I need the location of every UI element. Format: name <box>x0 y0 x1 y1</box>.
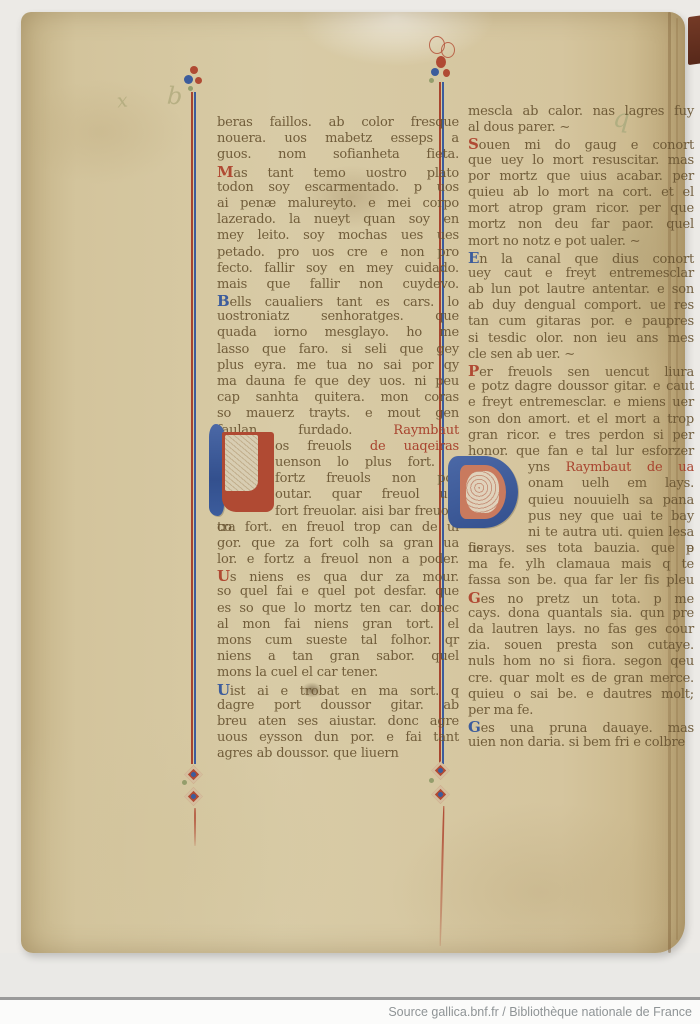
text-segment: tan cum gitaras por. e paupres <box>468 314 694 329</box>
text-line: Uist ai e trobat en ma sort. q <box>217 682 459 698</box>
text-segment: n la canal que dius conort <box>479 252 694 267</box>
text-line: ni te autra uti. quien lesa fis e <box>468 525 694 541</box>
text-segment: U <box>217 681 230 699</box>
text-segment: so mauerz trayts. e mout gen <box>217 406 459 421</box>
text-segment: ab lun pot lautre antentar. e son <box>468 282 694 297</box>
text-segment: lor. e fortz a freuol non a poder. <box>217 552 459 567</box>
text-segment: breu aten ses aiustar. donc agre <box>217 714 459 729</box>
text-line: e potz dagre doussor gitar. e caut <box>468 379 694 395</box>
text-line: uostroniatz senhoratges. que <box>217 309 459 325</box>
text-segment: M <box>217 163 233 181</box>
text-line: es so que lo mortz ten car. donec <box>217 601 459 617</box>
text-segment: cap sanhta quitera. mon coras <box>217 390 459 405</box>
text-line: Ges una pruna dauaye. mas <box>468 719 694 735</box>
penwork-ornament-bottom-right <box>432 764 454 944</box>
text-segment: plus eyra. me tua no sai por qy <box>217 358 459 373</box>
text-segment: ab duy dengual comport. ue res <box>468 298 694 313</box>
text-line: gran ricor. e tres perdon si per <box>468 428 694 444</box>
text-line: cre. quar molt es de gran merce. <box>468 671 694 687</box>
text-line: son don amort. et el mort a trop <box>468 412 694 428</box>
text-segment: que uey lo mort resuscitar. mas <box>468 153 694 168</box>
text-segment: beras faillos. ab color fresque <box>217 115 459 130</box>
text-line: lor. e fortz a freuol non a poder. <box>217 552 459 568</box>
text-segment: todon soy escarmentado. p uos <box>217 180 459 195</box>
text-line: al mon fai niens gran tort. el <box>217 617 459 633</box>
text-segment: es no pretz un tota. p me <box>481 592 694 607</box>
text-segment: ma dauna fe que dey uos. ni peu <box>217 374 459 389</box>
text-line: nuls hom no si fiora. segon qeu <box>468 654 694 670</box>
penwork-bar-left <box>183 66 205 856</box>
text-line: mey leito. soy mochas ues ues <box>217 228 459 244</box>
text-segment: er freuols sen uencut liura <box>479 365 694 380</box>
text-line: mescla ab calor. nas lagres fuy <box>468 104 694 120</box>
text-line: dagre port doussor gitar. ab <box>217 698 459 714</box>
text-segment: B <box>217 292 229 310</box>
text-line: da lautren lays. no fas ges cour <box>468 622 694 638</box>
text-line: per ma fe. <box>468 703 694 719</box>
footer-credit-bar: Source gallica.bnf.fr / Bibliothèque nat… <box>0 997 700 1024</box>
text-segment: yns <box>528 460 566 475</box>
text-line: uey caut e freyt entremesclar <box>468 266 694 282</box>
text-segment: cre. quar molt es de gran merce. <box>468 671 694 686</box>
text-line: Mas tant temo uostro plato <box>217 164 459 180</box>
text-segment: uien non daria. si bem fri e colbre <box>468 735 685 750</box>
text-segment: mons la cuel el car tener. <box>217 665 378 680</box>
text-segment: uerays. ses tota bauzia. que p <box>468 541 694 556</box>
text-segment: e potz dagre doussor gitar. e caut <box>468 379 694 394</box>
illuminated-initial-D <box>468 460 522 526</box>
text-segment: os freuols <box>275 439 370 454</box>
text-segment: gran ricor. e tres perdon si per <box>468 428 694 443</box>
text-segment: uenson lo plus fort. q <box>275 455 459 470</box>
text-line: uous eysson dun por. e fai tant <box>217 730 459 746</box>
margin-mark-b: b <box>166 82 183 111</box>
text-segment: es una pruna dauaye. mas <box>481 721 694 736</box>
text-segment: mons cum sueste tal folhor. qr <box>217 633 459 648</box>
text-line: ma dauna fe que dey uos. ni peu <box>217 374 459 390</box>
text-line: plus eyra. me tua no sai por qy <box>217 358 459 374</box>
text-line: Us niens es qua dur za mour. <box>217 568 459 584</box>
text-line: uerays. ses tota bauzia. que p <box>468 541 694 557</box>
text-segment: quieu ab lo mort na cort. et el <box>468 185 694 200</box>
text-line: al dous parer. ∼ <box>468 120 694 136</box>
text-segment: gor. que za fort colh sa gran ua <box>217 536 459 551</box>
text-line: fecto. fallir soy en mey cuidado. <box>217 261 459 277</box>
text-line: breu aten ses aiustar. donc agre <box>217 714 459 730</box>
text-segment: da lautren lays. no fas ges cour <box>468 622 694 637</box>
rubric-text: Raymbaut <box>393 423 459 438</box>
text-line: mort no notz e pot ualer. ∼ <box>468 234 694 250</box>
text-line: tan cum gitaras por. e paupres <box>468 314 694 330</box>
text-line: guos. nom sofianheta fieta. <box>217 147 459 163</box>
parchment-page: x b q <box>21 12 685 953</box>
text-segment: mort no notz e pot ualer. ∼ <box>468 234 640 249</box>
binding-edge <box>688 15 700 65</box>
text-segment: G <box>468 718 481 736</box>
text-segment: mortz non deu far paor. quel <box>468 217 694 232</box>
text-segment: lazerado. la nueyt quan soy en <box>217 212 459 227</box>
text-segment: mais que fallir non cuydevo. <box>217 277 459 292</box>
text-line: si tesdic olor. non ieu ans mes <box>468 331 694 347</box>
text-line: niens a tan gran sabor. quel <box>217 649 459 665</box>
text-segment: al dous parer. ∼ <box>468 120 570 135</box>
text-segment: quieu o sai be. e dautres molt; <box>468 687 694 702</box>
text-line: zia. souen presta son cutaye. <box>468 638 694 654</box>
text-segment: niens a tan gran sabor. quel <box>217 649 459 664</box>
text-segment: ma fe. ylh clamaua mais q te <box>468 557 694 572</box>
ruled-border-line-left <box>191 92 196 764</box>
text-line: En la canal que dius conort <box>468 250 694 266</box>
text-segment: ist ai e trobat en ma sort. q <box>230 684 459 699</box>
text-line: que uey lo mort resuscitar. mas <box>468 153 694 169</box>
text-segment: mort atrop gram ricor. per que <box>468 201 694 216</box>
text-segment: so quel fai e quel pot desfar. que <box>217 584 459 599</box>
text-line: cle sen ab uer. ∼ <box>468 347 694 363</box>
text-line: mortz non deu far paor. quel <box>468 217 694 233</box>
text-line: mons cum sueste tal folhor. qr <box>217 633 459 649</box>
text-line: mais que fallir non cuydevo. <box>217 277 459 293</box>
text-segment: por mortz que uius acabar. per <box>468 169 694 184</box>
text-line: petado. pro uos cre e non pro <box>217 245 459 261</box>
text-line: Ges no pretz un tota. p me <box>468 590 694 606</box>
text-line: ma fe. ylh clamaua mais q te <box>468 557 694 573</box>
text-line: por mortz que uius acabar. per <box>468 169 694 185</box>
text-line: lasso que faro. si seli que gey <box>217 342 459 358</box>
text-segment: si tesdic olor. non ieu ans mes <box>468 331 694 346</box>
text-line: quada iorno mesglayo. ho me <box>217 325 459 341</box>
text-segment: as tant temo uostro plato <box>233 166 459 181</box>
text-line: nouera. uos mabetz esseps a <box>217 131 459 147</box>
text-segment: son don amort. et el mort a trop <box>468 412 694 427</box>
penwork-ornament-bottom-left <box>185 768 205 828</box>
text-segment: onam uelh em lays. <box>528 476 694 491</box>
text-line: lazerado. la nueyt quan soy en <box>217 212 459 228</box>
margin-mark-x: x <box>116 90 129 113</box>
text-segment: uey caut e freyt entremesclar <box>468 266 694 281</box>
text-line: mons la cuel el car tener. <box>217 665 459 681</box>
gallica-manuscript-scan: x b q <box>0 0 700 1024</box>
text-line: honor. que fan e tal lur esforzer <box>468 444 694 460</box>
text-line: e freyt entremesclar. e miens uer <box>468 395 694 411</box>
text-segment: pus ney que uai te bay <box>528 509 694 524</box>
text-segment: al mon fai niens gran tort. el <box>217 617 459 632</box>
text-segment: cays. dona quantals sia. qun pre <box>468 606 694 621</box>
text-line: cays. dona quantals sia. qun pre <box>468 606 694 622</box>
text-line: quieu o sai be. e dautres molt; <box>468 687 694 703</box>
text-segment: agres ab doussor. que liuern <box>217 746 399 761</box>
text-segment: per ma fe. <box>468 703 533 718</box>
text-segment: E <box>468 249 479 267</box>
text-segment: e freyt entremesclar. e miens uer <box>468 395 694 410</box>
text-segment: honor. que fan e tal lur esforzer <box>468 444 694 459</box>
text-line: cap sanhta quitera. mon coras <box>217 390 459 406</box>
text-line: todon soy escarmentado. p uos <box>217 180 459 196</box>
text-line: mort atrop gram ricor. per que <box>468 201 694 217</box>
text-segment: zia. souen presta son cutaye. <box>468 638 694 653</box>
text-segment: G <box>468 589 481 607</box>
text-line: uien non daria. si bem fri e colbre <box>468 735 694 751</box>
text-line: quieu ab lo mort na cort. et el <box>468 185 694 201</box>
text-segment: S <box>468 135 479 153</box>
rubric-text: de uaqeiras <box>370 439 459 454</box>
text-line: ab duy dengual comport. ue res <box>468 298 694 314</box>
text-column-right: mescla ab calor. nas lagres fuyal dous p… <box>468 104 694 752</box>
text-line: ab lun pot lautre antentar. e son <box>468 282 694 298</box>
text-segment: quada iorno mesglayo. ho me <box>217 325 459 340</box>
source-credit-text: Source gallica.bnf.fr / Bibliothèque nat… <box>388 1005 692 1019</box>
text-line: beras faillos. ab color fresque <box>217 115 459 131</box>
text-segment: ouen mi do gaug e conort <box>479 138 694 153</box>
text-segment: guos. nom sofianheta fieta. <box>217 147 459 162</box>
text-segment: uous eysson dun por. e fai tant <box>217 730 459 745</box>
text-segment: s niens es qua dur za mour. <box>230 570 459 585</box>
text-line: so mauerz trayts. e mout gen <box>217 406 459 422</box>
text-segment: outar. quar freuol uei <box>275 487 459 502</box>
text-segment: U <box>217 567 230 585</box>
text-segment: nuls hom no si fiora. segon qeu <box>468 654 694 669</box>
text-segment: P <box>468 362 479 380</box>
text-segment: fassa son be. qua far ler fis pleu <box>468 573 694 588</box>
text-line: fassa son be. qua far ler fis pleu <box>468 573 694 589</box>
scan-backing-bottom <box>0 953 700 997</box>
text-segment: fortz freuols non por <box>275 471 459 486</box>
text-segment: mey leito. soy mochas ues ues <box>217 228 459 243</box>
text-line: Per freuols sen uencut liura <box>468 363 694 379</box>
text-column-left: beras faillos. ab color fresquenouera. u… <box>217 115 459 763</box>
text-segment: ells caualiers tant es cars. lo <box>229 295 459 310</box>
text-segment: dagre port doussor gitar. ab <box>217 698 459 713</box>
text-line: ai penæ malureyto. e mei corpo <box>217 196 459 212</box>
text-segment: tra fort. en freuol trop can de ui <box>217 520 459 535</box>
text-segment: lasso que faro. si seli que gey <box>217 342 459 357</box>
text-segment: quieu nouuielh sa pana <box>528 493 694 508</box>
text-line: tra fort. en freuol trop can de ui <box>217 520 459 536</box>
text-segment: petado. pro uos cre e non pro <box>217 245 459 260</box>
text-segment: es so que lo mortz ten car. donec <box>217 601 459 616</box>
text-segment: fecto. fallir soy en mey cuidado. <box>217 261 459 276</box>
text-line: so quel fai e quel pot desfar. que <box>217 584 459 600</box>
text-line: agres ab doussor. que liuern <box>217 746 459 762</box>
text-line: Bells caualiers tant es cars. lo <box>217 293 459 309</box>
text-line: Souen mi do gaug e conort <box>468 136 694 152</box>
text-segment: mescla ab calor. nas lagres fuy <box>468 104 694 119</box>
text-line: gor. que za fort colh sa gran ua <box>217 536 459 552</box>
text-segment: nouera. uos mabetz esseps a <box>217 131 459 146</box>
text-segment: uostroniatz senhoratges. que <box>217 309 459 324</box>
text-segment: ai penæ malureyto. e mei corpo <box>217 196 459 211</box>
illuminated-initial-L <box>213 439 269 507</box>
rubric-text: Raymbaut de ua <box>566 460 694 475</box>
text-segment: cle sen ab uer. ∼ <box>468 347 575 362</box>
